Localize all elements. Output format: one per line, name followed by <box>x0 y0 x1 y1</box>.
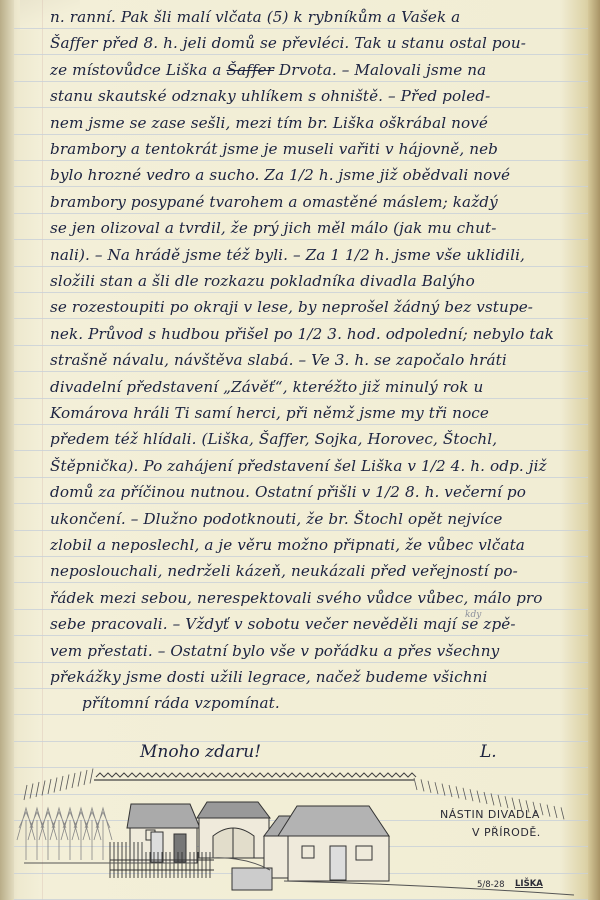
text-line: se rozestoupiti po okraji v lese, by nep… <box>50 298 533 316</box>
text-line: n. ranní. Pak šli malí vlčata (5) k rybn… <box>50 8 460 26</box>
text-line: zlobil a neposlechl, a je věru možno při… <box>50 536 525 554</box>
margin-note: kdy <box>465 610 481 620</box>
struck-word: Šaffer <box>226 61 274 79</box>
text-line: divadelní představení „Závěť“, kteréžto … <box>50 378 483 396</box>
page-edge <box>588 0 600 900</box>
sketch-date: 5/8-28 <box>477 880 505 890</box>
sketch-signature: LIŠKA <box>515 879 543 889</box>
text-line: se jen olizoval a tvrdil, že prý jich mě… <box>50 219 496 237</box>
text-line: ukončení. – Dlužno podotknouti, že br. Š… <box>50 510 502 528</box>
text-line: stanu skautské odznaky uhlíkem s ohniště… <box>50 87 490 105</box>
text-line: řádek mezi sebou, nerespektovali svého v… <box>50 589 543 607</box>
text-line: Šaffer před 8. h. jeli domů se převléci.… <box>50 34 526 52</box>
text-line: bylo hrozné vedro a sucho. Za 1/2 h. jsm… <box>50 166 510 184</box>
text-line: neposlouchali, nedrželi kázeň, neukázali… <box>50 562 518 580</box>
text-line: ze místovůdce Liška a Šaffer Drvota. – M… <box>50 61 486 79</box>
scanned-page: n. ranní. Pak šli malí vlčata (5) k rybn… <box>0 0 600 900</box>
text-line: brambory posypané tvarohem a omastěné má… <box>50 193 498 211</box>
text-line: Komárova hráli Ti samí herci, při němž j… <box>50 404 489 422</box>
text-line: překážky jsme dosti užili legrace, načež… <box>50 668 487 686</box>
text-line: nali). – Na hrádě jsme též byli. – Za 1 … <box>50 246 525 264</box>
text-line: sebe pracovali. – Vždyť v sobotu večer n… <box>50 615 516 633</box>
text-line: domů za příčinou nutnou. Ostatní přišli … <box>50 483 526 501</box>
text-line: brambory a tentokrát jsme je museli vaři… <box>50 140 498 158</box>
text-line: složili stan a šli dle rozkazu pokladník… <box>50 272 475 290</box>
text-line: předem též hlídali. (Liška, Šaffer, Sojk… <box>50 430 497 448</box>
text-line: nek. Průvod s hudbou přišel po 1/2 3. ho… <box>50 325 554 343</box>
text-line: nem jsme se zase sešli, mezi tím br. Liš… <box>50 114 488 132</box>
sketch-caption-subtitle: V PŘÍRODĚ. <box>472 826 541 839</box>
notebook-spine <box>0 0 14 900</box>
text-line: strašně návalu, návštěva slabá. – Ve 3. … <box>50 351 507 369</box>
signature-initial: L. <box>480 742 497 762</box>
text-line: Štěpnička). Po zahájení představení šel … <box>50 457 547 475</box>
text-line: vem přestati. – Ostatní bylo vše v pořád… <box>50 642 499 660</box>
sketch-caption-title: NÁSTIN DIVADLA <box>440 808 540 821</box>
text-line: přítomní ráda vzpomínat. <box>82 694 280 712</box>
closing-greeting: Mnoho zdaru! <box>140 742 261 762</box>
